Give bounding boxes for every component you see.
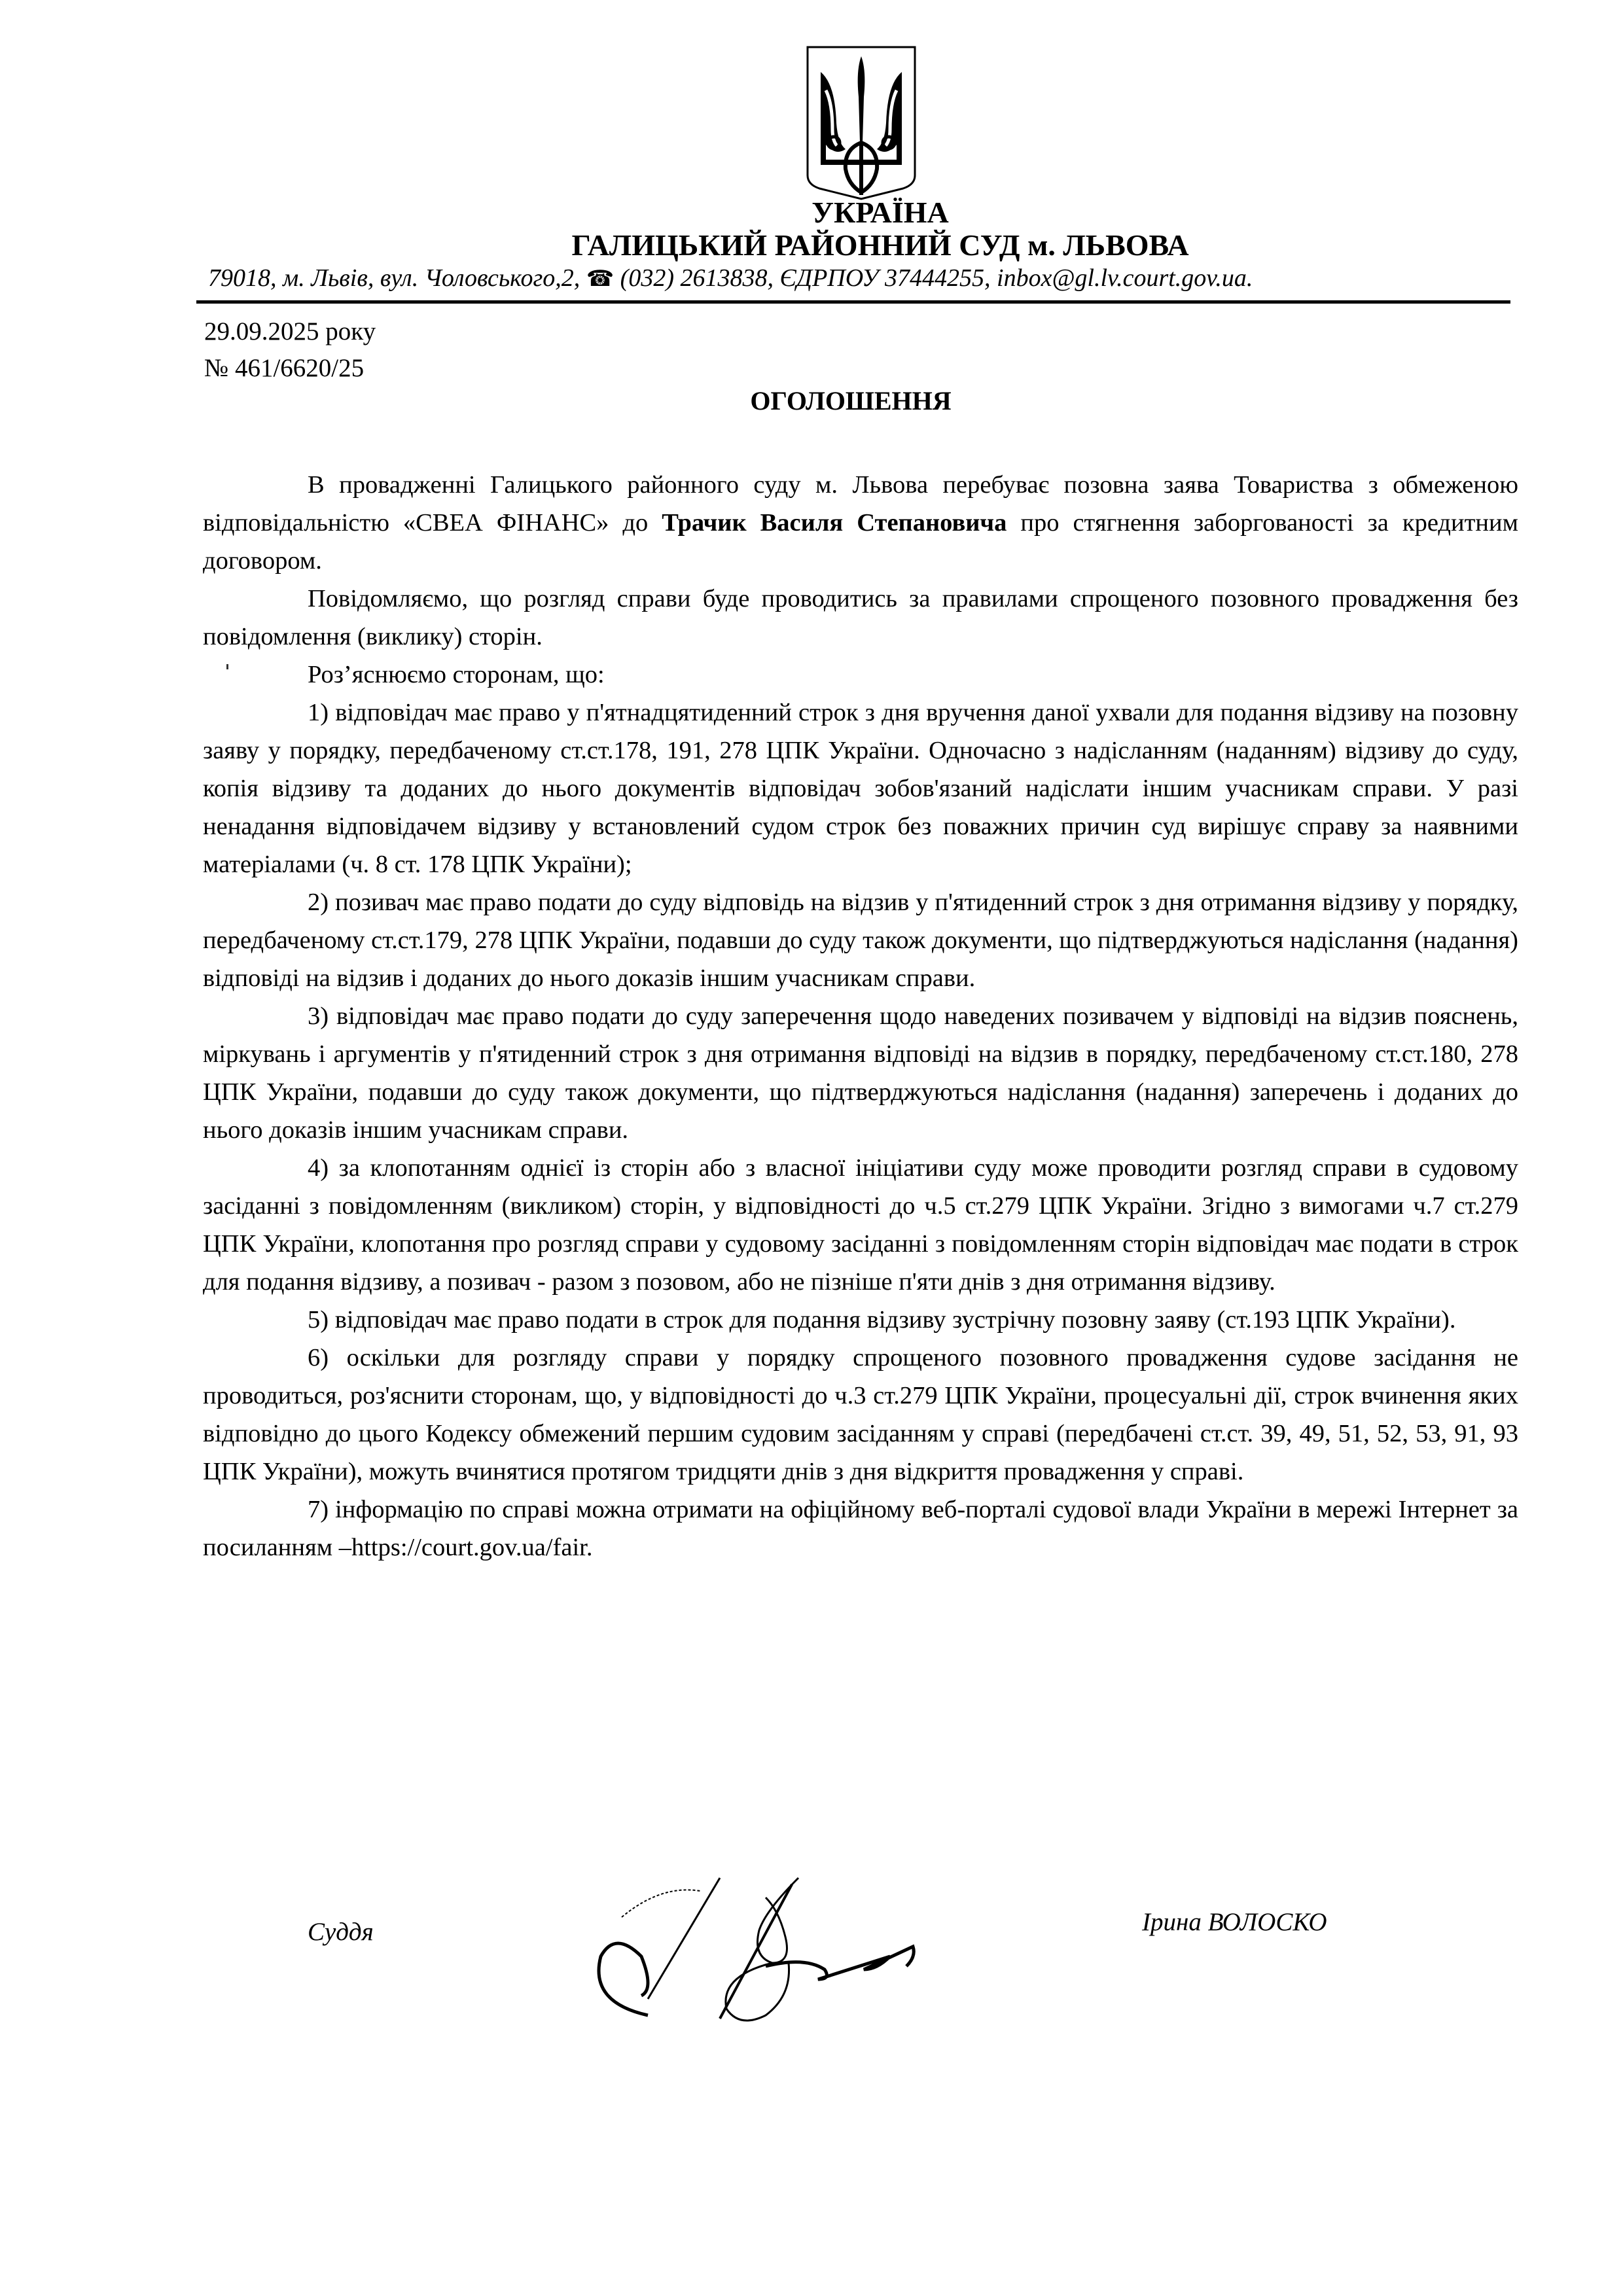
- notice-paragraph: Повідомляємо, що розгляд справи буде про…: [203, 580, 1518, 656]
- list-item: 7) інформацію по справі можна отримати н…: [203, 1491, 1518, 1566]
- court-name: ГАЛИЦЬКИЙ РАЙОННИЙ СУД м. ЛЬВОВА: [0, 229, 1623, 262]
- edrpou-code: ЄДРПОУ 37444255,: [779, 264, 990, 292]
- signer-role: Суддя: [308, 1917, 374, 1947]
- document-body: В провадженні Галицького районного суду …: [203, 466, 1518, 1566]
- header-divider: [196, 300, 1510, 304]
- explain-paragraph: Роз’яснюємо сторонам, що:: [203, 656, 1518, 694]
- signer-name: Ірина ВОЛОСКО: [1142, 1907, 1327, 1937]
- list-item: 3) відповідач має право подати до суду з…: [203, 997, 1518, 1149]
- handwritten-signature-icon: [550, 1858, 955, 2028]
- document-page: УКРАЇНА ГАЛИЦЬКИЙ РАЙОННИЙ СУД м. ЛЬВОВА…: [0, 0, 1623, 2296]
- case-number: № 461/6620/25: [204, 353, 364, 383]
- list-item: 5) відповідач має право подати в строк д…: [203, 1301, 1518, 1339]
- list-item: 4) за клопотанням однієї із сторін або з…: [203, 1149, 1518, 1301]
- phone-icon: ☎: [586, 267, 614, 291]
- document-title: ОГОЛОШЕННЯ: [0, 385, 1623, 417]
- intro-paragraph: В провадженні Галицького районного суду …: [203, 466, 1518, 580]
- postal-address: 79018, м. Львів, вул. Чоловського,2,: [208, 264, 580, 292]
- defendant-name: Трачик Василя Степановича: [662, 509, 1007, 537]
- coat-of-arms-icon: [805, 44, 918, 202]
- list-item: 1) відповідач має право у п'ятнадцятиден…: [203, 694, 1518, 883]
- document-date: 29.09.2025 року: [204, 317, 376, 347]
- country-name: УКРАЇНА: [0, 196, 1623, 229]
- court-address-line: 79018, м. Львів, вул. Чоловського,2, ☎ (…: [208, 263, 1510, 294]
- list-item: 6) оскільки для розгляду справи у порядк…: [203, 1339, 1518, 1491]
- phone-number: (032) 2613838,: [620, 264, 774, 292]
- court-email: inbox@gl.lv.court.gov.ua.: [997, 264, 1253, 292]
- list-item: 2) позивач має право подати до суду відп…: [203, 883, 1518, 997]
